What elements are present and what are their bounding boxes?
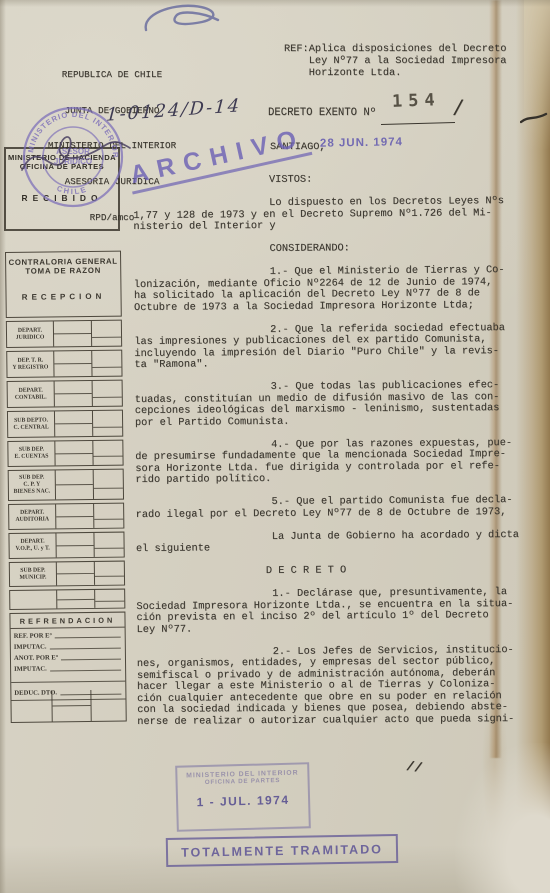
page-left-edge-shadow [0,0,6,893]
contraloria-sidebar: CONTRALORIA GENERAL TOMA DE RAZON RECEPC… [5,251,127,723]
dept-label: SUB DEP. C. P. Y BIENES NAC. [10,470,54,500]
fill-in-line [50,647,121,649]
interior-stamp-date: 1 - JUL. 1974 [178,792,308,809]
svg-text:CHILE: CHILE [56,184,89,196]
decree-body-text: VISTOS: Lo dispuesto en los Decretos Ley… [133,173,520,728]
refrendacion-field: IMPUTAC. [11,661,125,673]
refrendacion-section: REFRENDACION REF. POR E° IMPUTAC. ANOT. … [9,612,126,723]
dept-row: SUB DEP. MUNICIP. [9,561,125,587]
recepcion-label: RECEPCION [7,292,121,302]
field-label: ANOT. POR E° [14,654,59,662]
dept-stamp-cells [53,351,121,377]
dept-label: SUB DEPTO. C. CENTRAL [9,411,53,437]
handwritten-flourish-icon [132,0,232,40]
section-divider [11,681,125,683]
dept-row: SUB DEPTO. C. CENTRAL [7,410,123,438]
dept-row: DEP. T. R. Y REGISTRO [6,350,122,378]
dept-row: DEPART. JURIDICO [6,320,122,348]
page-continuation-mark: // [405,760,423,777]
interior-office-stamp: MINISTERIO DEL INTERIOR OFICINA DE PARTE… [175,762,311,831]
received-date-stamp: 28 JUN. 1974 [320,136,403,149]
dept-row: DEPART. AUDITORIA [8,503,124,530]
dept-row: SUB DEP. E. CUENTAS [7,440,123,467]
dept-stamp-cells [56,562,124,586]
dept-label: DEPART. AUDITORIA [10,504,54,529]
decree-number-label: DECRETO EXENTO Nº [268,107,376,119]
dept-row: DEPART. V.O.P., U. y T. [8,532,124,559]
page-right-edge-highlight [524,0,550,150]
field-label: IMPUTAC. [14,644,47,651]
document-page: REPUBLICA DE CHILE JUNTA DE GOBIERNO MIN… [0,0,550,893]
fill-in-line [55,636,121,638]
dept-label: SUB DEP. E. CUENTAS [9,441,53,466]
dept-row: SUB DEP. C. P. Y BIENES NAC. [8,469,124,501]
dept-row-empty [9,589,125,610]
dept-label: SUB DEP. MUNICIP. [11,562,55,586]
dept-stamp-cells [55,470,123,500]
decree-number-slash: / [452,99,465,122]
page-corner-curl [455,743,550,893]
fill-in-line [61,658,121,660]
dept-stamp-cells [56,590,124,609]
dept-stamp-cells [55,504,123,529]
dept-stamp-cells [54,381,122,407]
dept-stamp-cells [55,533,123,558]
dept-label: DEPART. JURIDICO [8,321,52,347]
field-label: REF. POR E° [14,632,53,639]
page-top-edge-shadow [0,0,550,7]
interior-ministry-seal: MINISTERIO DEL INTERIOR CHILE ASESOR JUR… [20,104,126,210]
dept-label: DEP. T. R. Y REGISTRO [8,351,52,377]
letterhead-line: REPUBLICA DE CHILE [38,69,186,81]
dept-label [11,590,55,609]
decree-number-stamp: 154 [392,90,441,112]
dept-stamp-cells [54,441,122,466]
field-label: IMPUTAC. [14,666,47,673]
fully-processed-stamp: TOTALMENTE TRAMITADO [166,834,398,867]
fill-in-line [50,669,121,671]
toma-de-razon-header: CONTRALORIA GENERAL TOMA DE RAZON RECEPC… [5,251,122,318]
decree-number-underline [381,122,455,125]
refrendacion-title: REFRENDACION [10,613,124,629]
dept-label: DEPART. CONTABIL. [9,381,53,407]
stamp-cells [51,690,91,721]
reference-block: REF:Aplica disposiciones del Decreto Ley… [284,44,506,80]
dept-stamp-cells [54,411,122,437]
dept-label: DEPART. V.O.P., U. y T. [11,533,55,558]
pen-mark [520,111,548,127]
toma-de-razon-title: TOMA DE RAZON [6,266,120,276]
dept-row: DEPART. CONTABIL. [7,380,123,408]
dept-stamp-cells [53,321,121,347]
seal-ring-bottom-text: CHILE [56,184,89,196]
